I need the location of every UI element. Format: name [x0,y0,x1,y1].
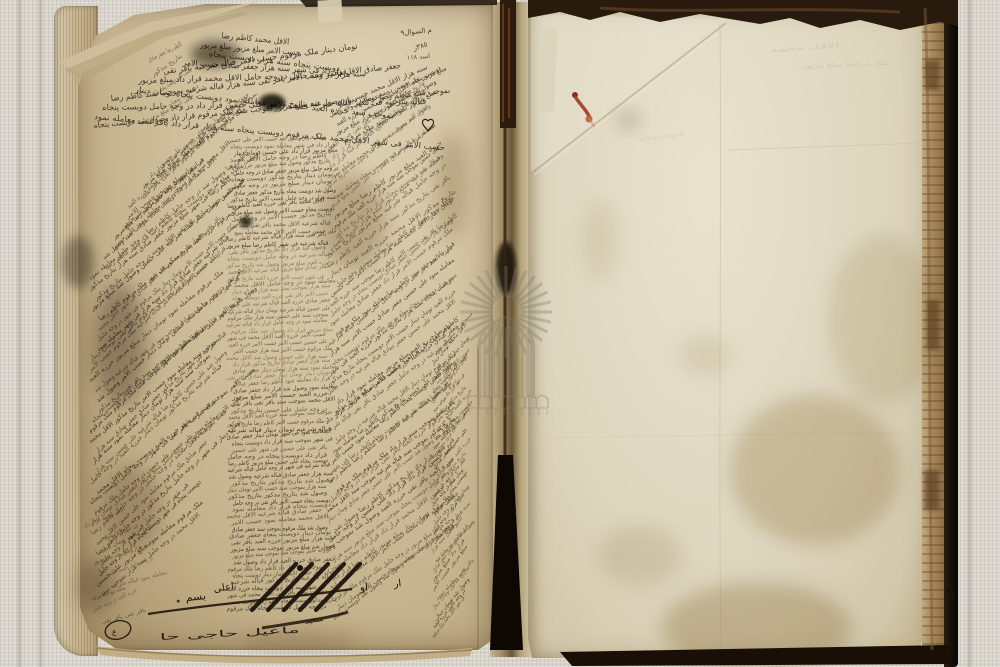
left-page [76,4,493,650]
book-gutter [490,2,532,657]
right-page [528,8,928,658]
fabric-fold [37,0,44,667]
fabric-fold [16,0,23,667]
cover-leather-edge [922,4,946,660]
cover-outer-edge [944,0,958,667]
fabric-fold [966,0,973,667]
photo-stage: الاقل محمدملک مرقوم مبلغ مزبورملک مرقوم … [0,0,1000,667]
